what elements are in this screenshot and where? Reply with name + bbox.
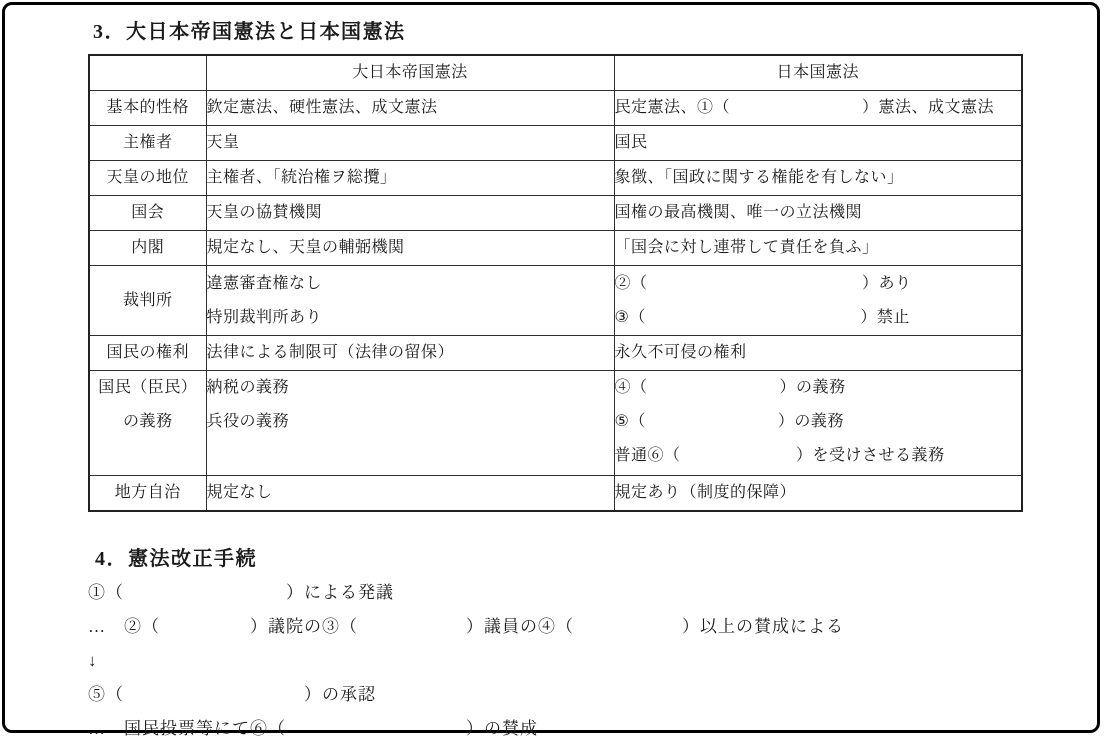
table-row-courts: 裁判所 違憲審査権なし 特別裁判所あり ②（ ）あり ③（ ）禁止: [89, 266, 1022, 336]
header-meiji-constitution: 大日本帝国憲法: [206, 55, 614, 91]
header-empty-cell: [89, 55, 206, 91]
meiji-cell: 納税の義務 兵役の義務: [206, 371, 614, 476]
meiji-cell: 欽定憲法、硬性憲法、成文憲法: [206, 91, 614, 126]
meiji-cell: 規定なし: [206, 476, 614, 512]
down-arrow-icon: ↓: [88, 644, 1105, 678]
row-label-cell: 裁判所: [89, 266, 206, 336]
row-label-cell: 国会: [89, 196, 206, 231]
row-label-cell: 国民の権利: [89, 336, 206, 371]
table-row-basic-character: 基本的性格 欽定憲法、硬性憲法、成文憲法 民定憲法、①（ ）憲法、成文憲法: [89, 91, 1022, 126]
table-header-row: 大日本帝国憲法 日本国憲法: [89, 55, 1022, 91]
table-row-diet: 国会 天皇の協賛機関 国権の最高機関、唯一の立法機関: [89, 196, 1022, 231]
nihon-cell: 民定憲法、①（ ）憲法、成文憲法: [614, 91, 1022, 126]
page-content: 3．大日本帝国憲法と日本国憲法 大日本帝国憲法 日本国憲法 基本的性格 欽定憲法…: [0, 0, 1105, 738]
table-row-cabinet: 内閣 規定なし、天皇の輔弼機関 「国会に対し連帯して責任を負ふ」: [89, 231, 1022, 266]
section3-heading: 3．大日本帝国憲法と日本国憲法: [0, 0, 1105, 45]
worksheet-page: 3．大日本帝国憲法と日本国憲法 大日本帝国憲法 日本国憲法 基本的性格 欽定憲法…: [0, 0, 1105, 738]
nihon-cell: 規定あり（制度的保障）: [614, 476, 1022, 512]
meiji-cell: 天皇の協賛機関: [206, 196, 614, 231]
meiji-cell: 法律による制限可（法律の留保）: [206, 336, 614, 371]
meiji-cell: 天皇: [206, 126, 614, 161]
constitution-comparison-table: 大日本帝国憲法 日本国憲法 基本的性格 欽定憲法、硬性憲法、成文憲法 民定憲法、…: [88, 54, 1023, 512]
row-label-cell: 地方自治: [89, 476, 206, 512]
table-row-peoples-rights: 国民の権利 法律による制限可（法律の留保） 永久不可侵の権利: [89, 336, 1022, 371]
section4-heading: 4．憲法改正手続: [0, 512, 1105, 572]
header-japan-constitution: 日本国憲法: [614, 55, 1022, 91]
row-label-cell: 基本的性格: [89, 91, 206, 126]
table-row-local-government: 地方自治 規定なし 規定あり（制度的保障）: [89, 476, 1022, 512]
meiji-cell: 主権者、「統治権ヲ総攬」: [206, 161, 614, 196]
nihon-cell: 国民: [614, 126, 1022, 161]
nihon-cell: 永久不可侵の権利: [614, 336, 1022, 371]
nihon-cell: 国権の最高機関、唯一の立法機関: [614, 196, 1022, 231]
row-label-cell: 内閣: [89, 231, 206, 266]
nihon-cell: ④（ ）の義務 ⑤（ ）の義務 普通⑥（ ）を受けさせる義務: [614, 371, 1022, 476]
row-label-cell: 国民（臣民） の義務: [89, 371, 206, 476]
amendment-line-initiative: ①（ ）による発議: [88, 576, 1105, 610]
amendment-line-referendum: … 国民投票等にて⑥（ ）の賛成: [88, 712, 1105, 738]
table-row-duties: 国民（臣民） の義務 納税の義務 兵役の義務 ④（ ）の義務 ⑤（ ）の義務 普…: [89, 371, 1022, 476]
table-row-sovereign: 主権者 天皇 国民: [89, 126, 1022, 161]
row-label-cell: 主権者: [89, 126, 206, 161]
meiji-cell: 規定なし、天皇の輔弼機関: [206, 231, 614, 266]
amendment-line-ratification: ⑤（ ）の承認: [88, 678, 1105, 712]
amendment-procedure-lines: ①（ ）による発議 … ②（ ）議院の③（ ）議員の④（ ）以上の賛成による ↓…: [88, 576, 1105, 738]
table-row-emperor-status: 天皇の地位 主権者、「統治権ヲ総攬」 象徴、「国政に関する権能を有しない」: [89, 161, 1022, 196]
amendment-line-diet-approval: … ②（ ）議院の③（ ）議員の④（ ）以上の賛成による: [88, 610, 1105, 644]
meiji-cell: 違憲審査権なし 特別裁判所あり: [206, 266, 614, 336]
row-label-cell: 天皇の地位: [89, 161, 206, 196]
nihon-cell: ②（ ）あり ③（ ）禁止: [614, 266, 1022, 336]
nihon-cell: 「国会に対し連帯して責任を負ふ」: [614, 231, 1022, 266]
nihon-cell: 象徴、「国政に関する権能を有しない」: [614, 161, 1022, 196]
